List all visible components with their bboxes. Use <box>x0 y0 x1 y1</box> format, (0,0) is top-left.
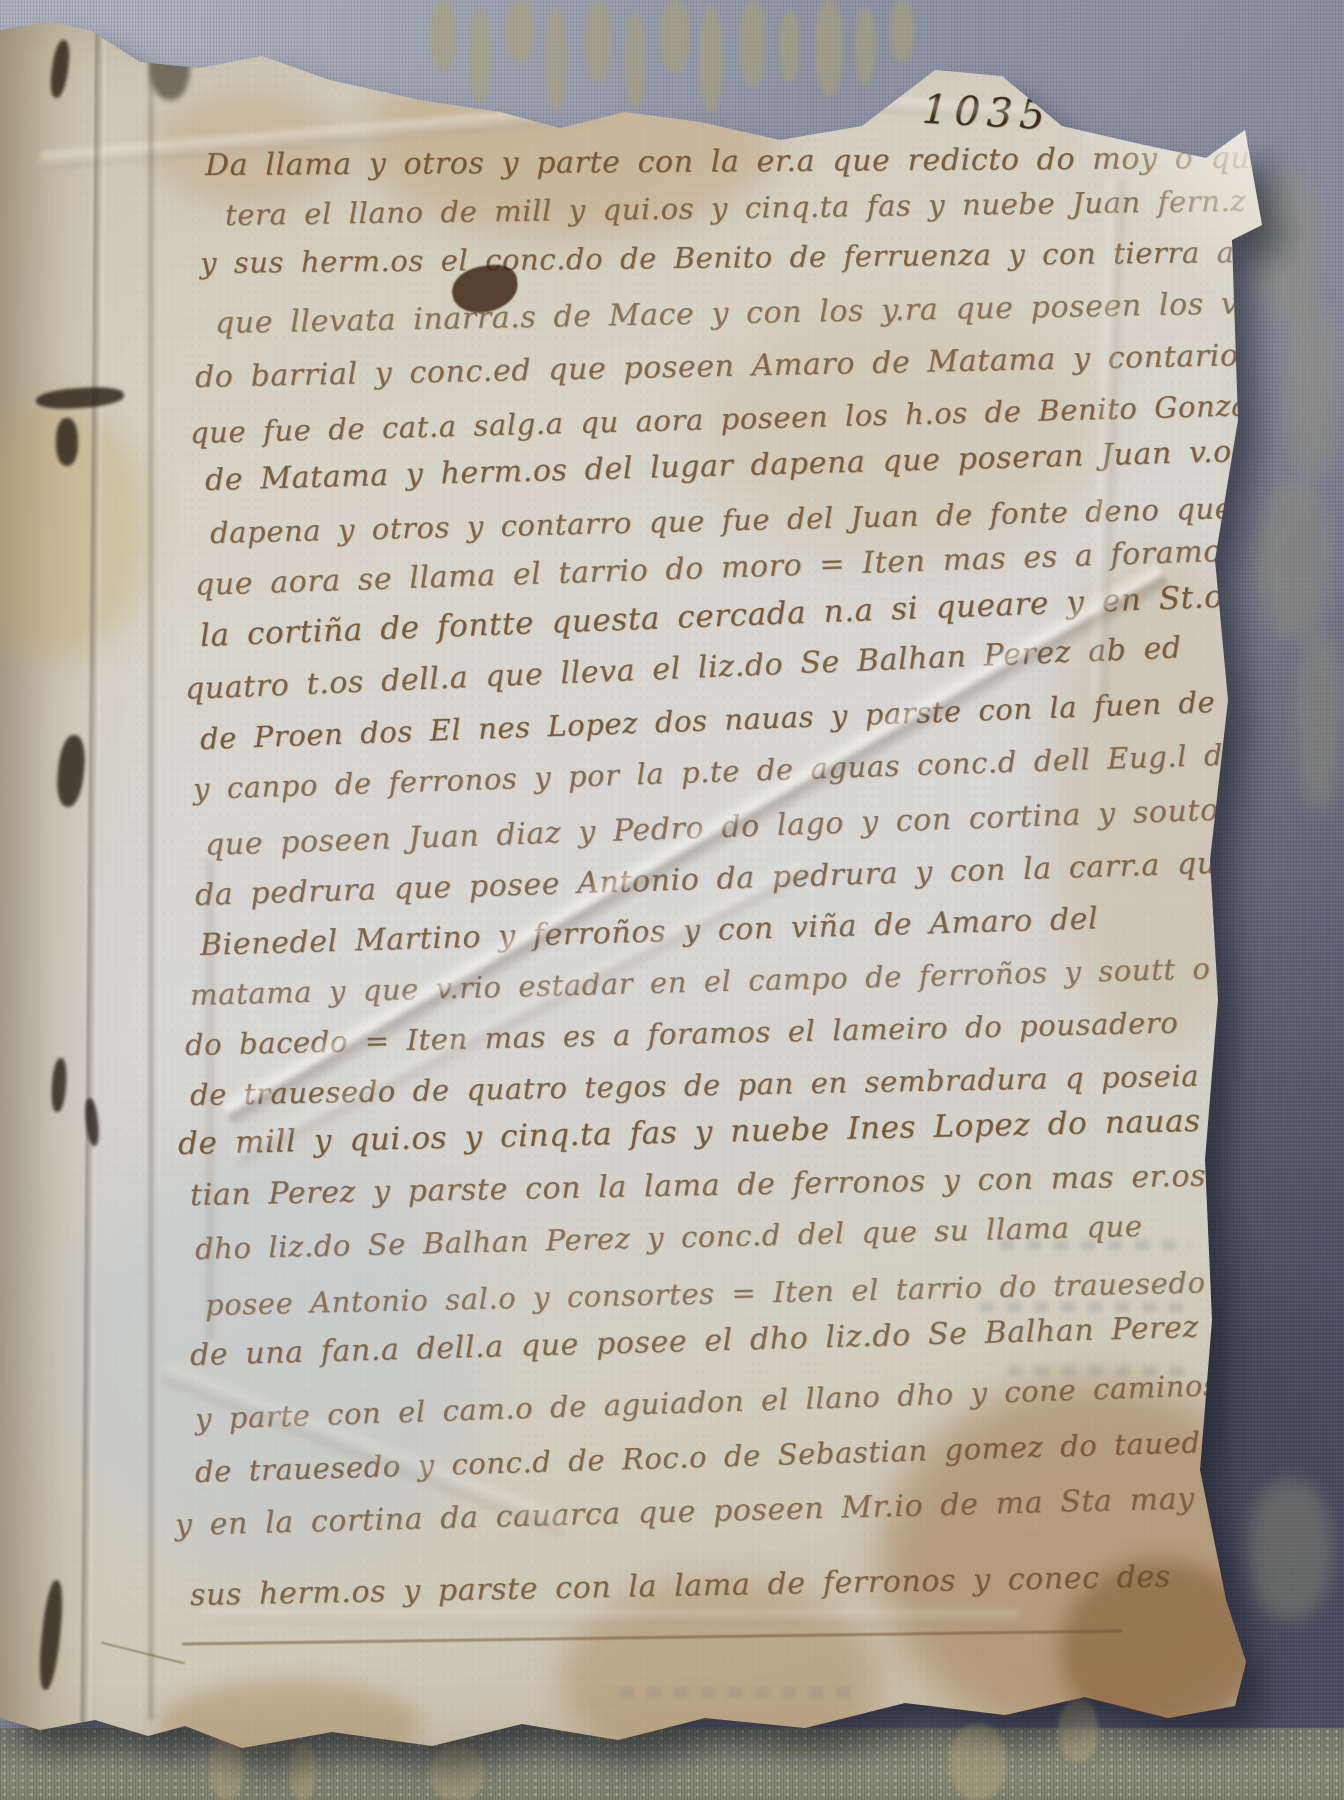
fold-crease <box>206 860 214 1340</box>
show-through-text <box>620 1688 860 1698</box>
manuscript-line: tian Perez y parste con la lama de ferro… <box>190 1156 1318 1213</box>
spine-crease <box>148 60 154 1720</box>
manuscript-page-shadow: Da llama y otros y parte con la er.a que… <box>0 0 1344 1800</box>
fold-crease <box>200 1610 1020 1624</box>
manuscript-page: Da llama y otros y parte con la er.a que… <box>0 0 1344 1800</box>
corner-curl <box>1080 88 1270 308</box>
stitch-hole <box>150 30 190 100</box>
photo-scene: Da llama y otros y parte con la er.a que… <box>0 0 1344 1800</box>
stain <box>160 1680 420 1770</box>
stitch-hole <box>56 418 78 466</box>
manuscript-line: matama y que v.rio estadar en el campo d… <box>190 951 1211 1012</box>
